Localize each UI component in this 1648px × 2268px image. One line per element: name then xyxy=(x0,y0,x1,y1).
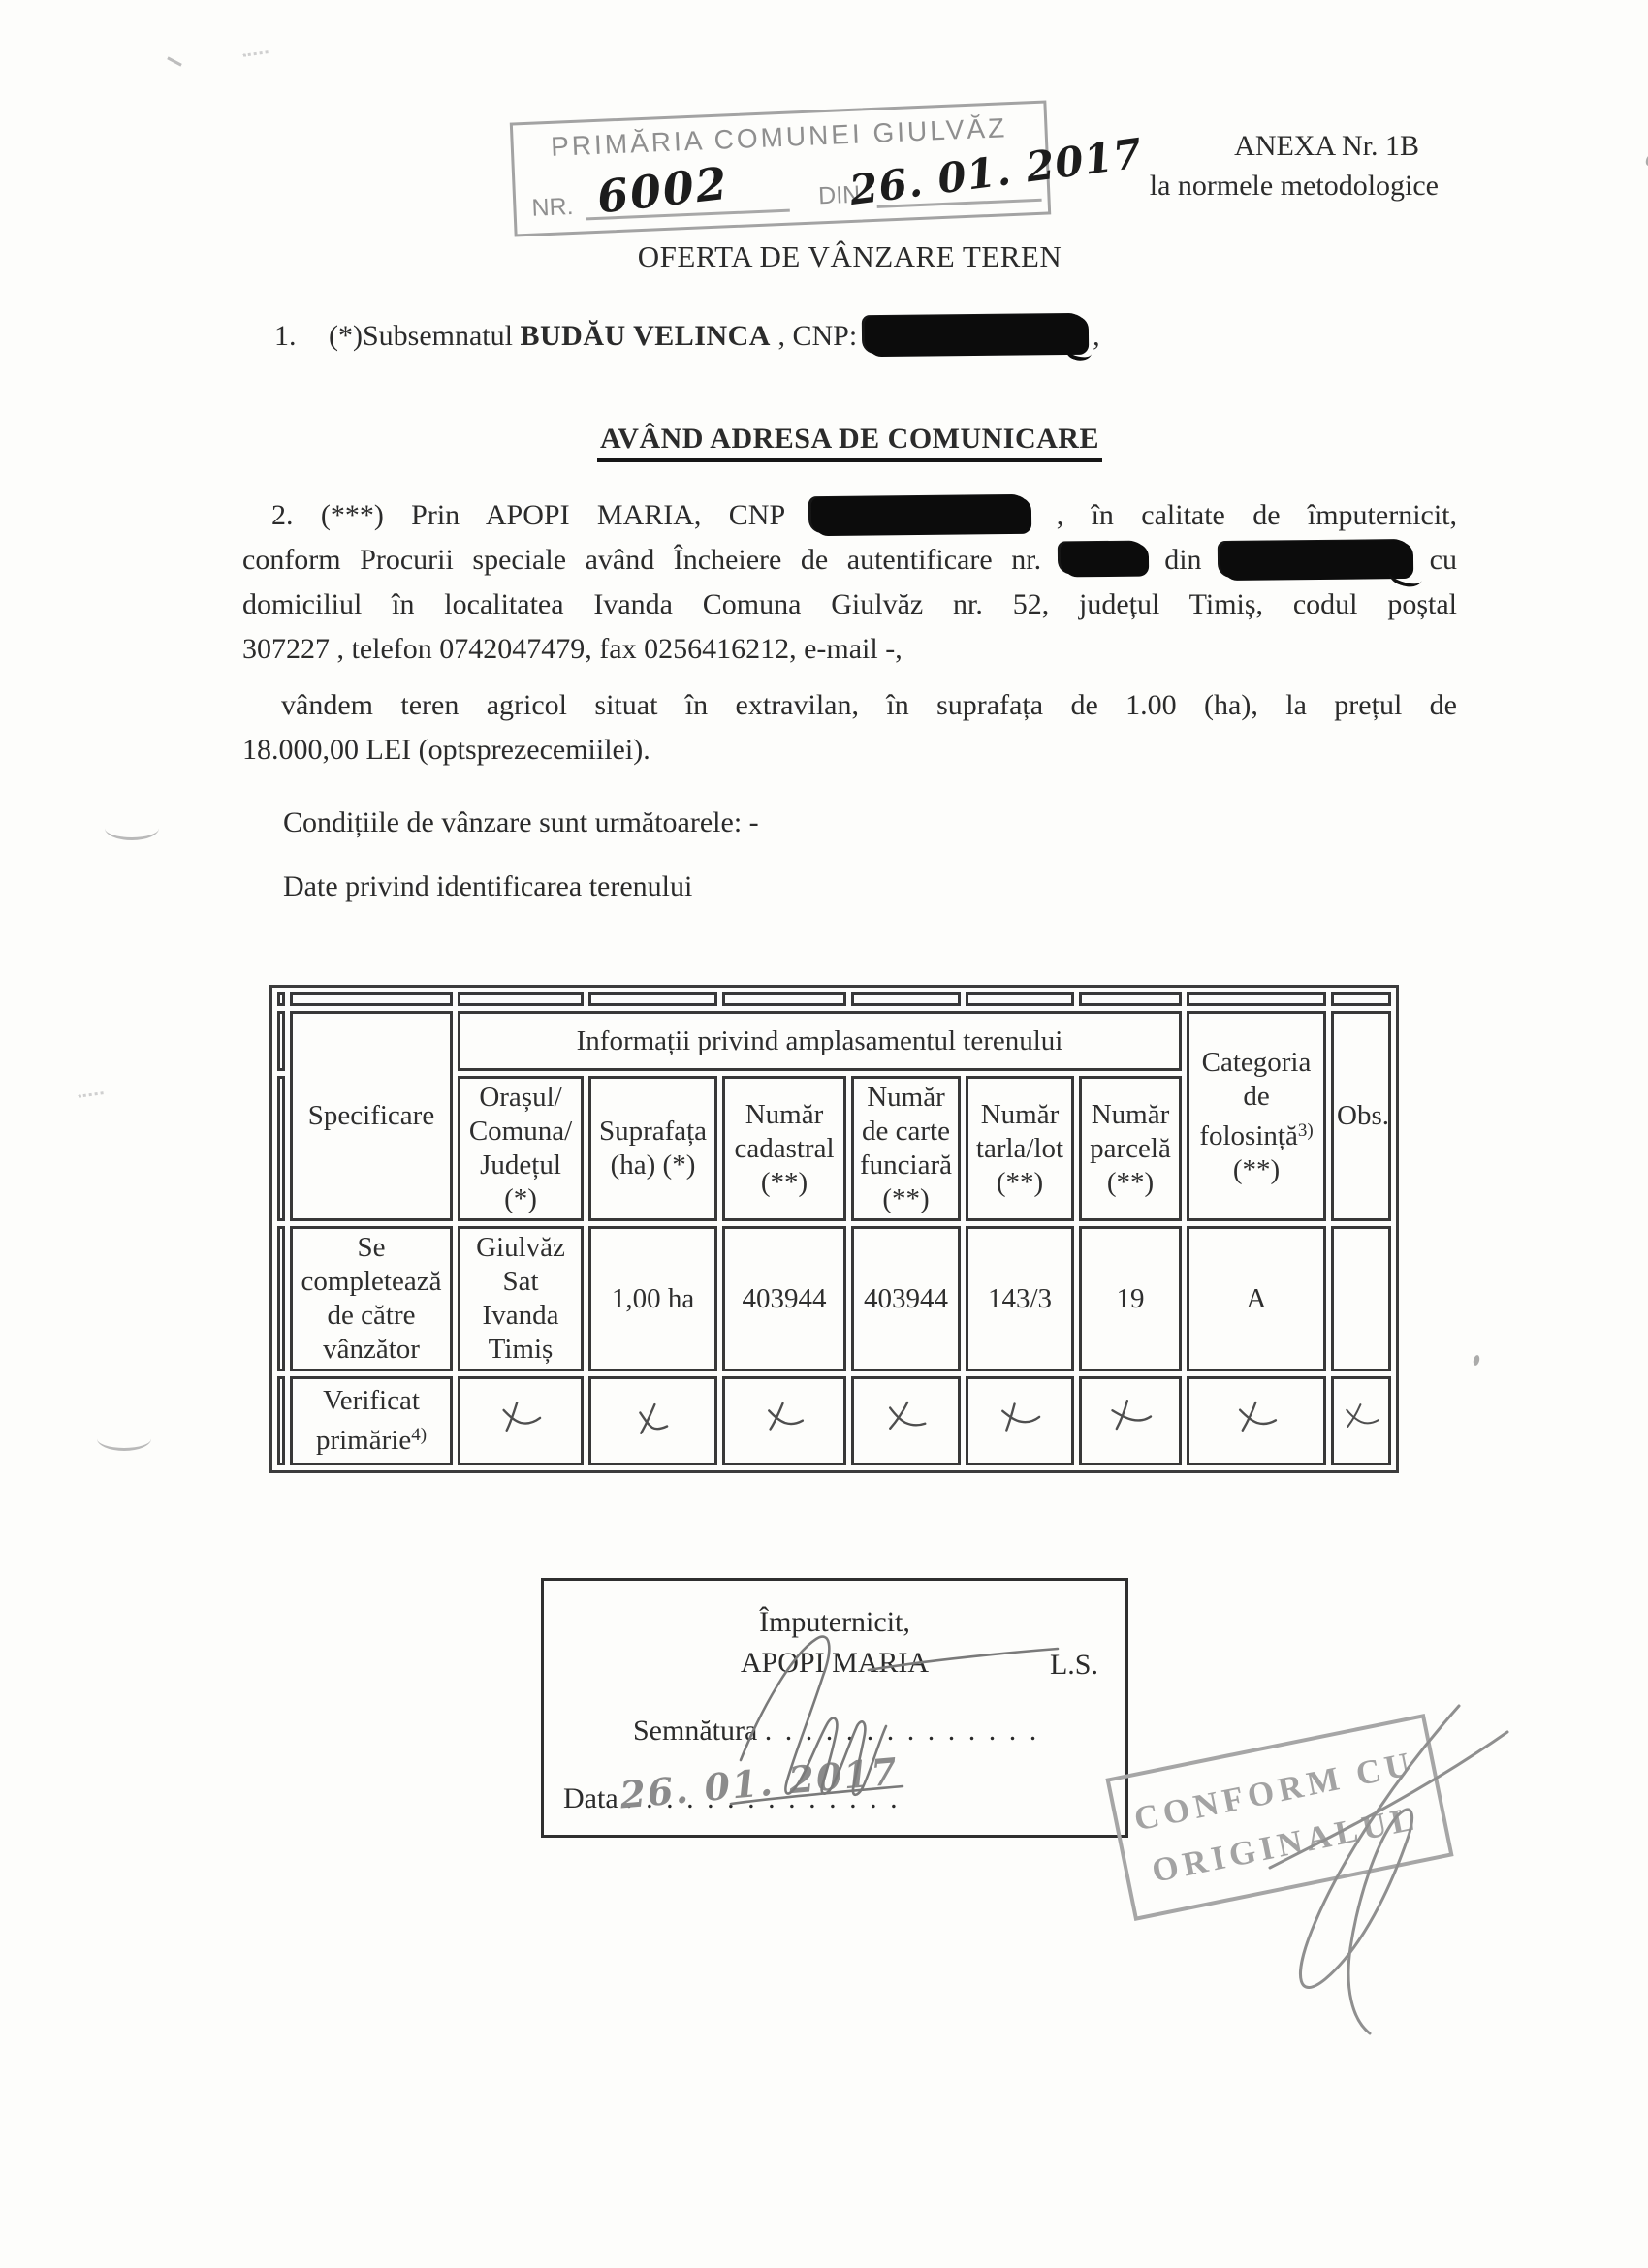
ls-seal-label: L.S. xyxy=(1050,1649,1098,1682)
table-row-seller-data: Se completează de către vânzător Giulvăz… xyxy=(277,1226,1391,1371)
table-left-border-cell xyxy=(277,1226,285,1371)
scan-artifact xyxy=(1473,1354,1480,1366)
signature-role: Împuternicit, xyxy=(544,1606,1125,1639)
semnatura-line: Semnătura . . . . . . . . . . . . . . xyxy=(633,1715,1039,1748)
table-left-border-cell xyxy=(277,1076,285,1221)
section-heading-wrap: AVÂND ADRESA DE COMUNICARE xyxy=(242,423,1457,462)
handwritten-check-icon xyxy=(1233,1399,1281,1434)
stamp-number-row: NR. DIN 6002 26. 01. 2017 xyxy=(528,154,1038,226)
item-1-line: 1. (*)Subsemnatul BUDĂU VELINCA , CNP: , xyxy=(274,315,1100,354)
p2-l1-text-post: , în calitate de împuternicit, xyxy=(1057,499,1457,531)
verify-cell xyxy=(458,1376,584,1465)
table-top-border-cell xyxy=(277,992,285,1006)
scan-artifact xyxy=(241,41,269,56)
p2-l2-din: din xyxy=(1164,544,1201,576)
semnatura-dots: . . . . . . . . . . . . . . xyxy=(765,1715,1040,1747)
item-1-number: 1. xyxy=(274,320,297,352)
paragraph-2: 2. (***) Prin APOPI MARIA, CNP , în cali… xyxy=(242,493,1457,672)
header-suprafata: Suprafața (ha) (*) xyxy=(588,1076,717,1221)
cnp-label: , CNP: xyxy=(777,320,857,352)
scan-artifact xyxy=(77,1082,104,1097)
redaction-mark-act-number xyxy=(1060,542,1145,576)
table-top-border-cell xyxy=(1331,992,1391,1006)
header-oras-comuna-judet: Orașul/ Comuna/ Județul (*) xyxy=(458,1076,584,1221)
scan-artifact xyxy=(105,816,159,840)
verify-cell xyxy=(722,1376,846,1465)
conform-stamp: CONFORM CU ORIGINALUL xyxy=(1105,1714,1453,1921)
table-top-border-cell xyxy=(458,992,584,1006)
header-numar-tarla: Număr tarla/lot (**) xyxy=(966,1076,1074,1221)
scan-artifact xyxy=(167,56,182,66)
redaction-mark-cnp-proxy xyxy=(811,495,1029,534)
land-identification-table: Specificare Informații privind amplasame… xyxy=(272,988,1396,1470)
item-1-intro: (*)Subsemnatul xyxy=(329,320,513,352)
verify-label-sup: 4) xyxy=(411,1425,427,1445)
cell-tarla: 143/3 xyxy=(966,1226,1074,1371)
proxy-name: APOPI MARIA xyxy=(741,1647,929,1679)
paragraph-2-line-3: domiciliul în localitatea Ivanda Comuna … xyxy=(242,583,1457,627)
header-categoria-label: Categoria de folosință xyxy=(1199,1047,1311,1151)
verify-cell xyxy=(1331,1376,1391,1465)
table-row-verify: Verificat primărie4) xyxy=(277,1376,1391,1465)
p2-l1-text: 2. (***) Prin APOPI MARIA, CNP xyxy=(271,499,784,531)
verify-cell xyxy=(588,1376,717,1465)
table-top-border-cell xyxy=(966,992,1074,1006)
paragraph-3-line-2: 18.000,00 LEI (optsprezecemiilei). xyxy=(242,728,1457,772)
handwritten-check-icon xyxy=(496,1398,545,1434)
signature-name-row: APOPI MARIA L.S. xyxy=(544,1647,1125,1680)
signature-block: Împuternicit, APOPI MARIA L.S. Semnătura… xyxy=(541,1578,1128,1838)
stamp-nr-label: NR. xyxy=(531,193,574,223)
table-top-border-cell xyxy=(290,992,453,1006)
cell-carte-funciara: 403944 xyxy=(851,1226,961,1371)
land-table-wrapper: Specificare Informații privind amplasame… xyxy=(269,985,1399,1473)
p2-l2-cu: cu xyxy=(1430,544,1457,576)
redaction-mark-cnp-seller xyxy=(864,314,1085,355)
cell-localitate: Giulvăz Sat Ivanda Timiș xyxy=(458,1226,584,1371)
verify-cell xyxy=(1079,1376,1182,1465)
header-obs: Obs. xyxy=(1331,1011,1391,1221)
verify-cell xyxy=(966,1376,1074,1465)
verify-row-label: Verificat primărie4) xyxy=(290,1376,453,1465)
handwritten-check-icon xyxy=(880,1396,932,1436)
header-group-amplasament: Informații privind amplasamentul terenul… xyxy=(458,1011,1182,1071)
seller-row-label: Se completează de către vânzător xyxy=(290,1226,453,1371)
cell-suprafata: 1,00 ha xyxy=(588,1226,717,1371)
table-top-border-cell xyxy=(1187,992,1326,1006)
verify-cell xyxy=(851,1376,961,1465)
data-label: Data xyxy=(563,1782,618,1814)
table-header-row-1: Specificare Informații privind amplasame… xyxy=(277,1011,1391,1071)
scanned-document-page: PRIMĂRIA COMUNEI GIULVĂZ NR. DIN 6002 26… xyxy=(0,0,1648,2268)
paragraph-2-line-1: 2. (***) Prin APOPI MARIA, CNP , în cali… xyxy=(242,493,1457,538)
seller-name: BUDĂU VELINCA xyxy=(520,320,770,352)
verify-label-text: Verificat primărie xyxy=(316,1385,420,1456)
conditions-line: Condițiile de vânzare sunt următoarele: … xyxy=(283,806,759,839)
redaction-mark-act-date xyxy=(1220,540,1410,579)
cell-categoria: A xyxy=(1187,1226,1326,1371)
paragraph-2-line-4: 307227 , telefon 0742047479, fax 0256416… xyxy=(242,627,1457,672)
table-left-border-cell xyxy=(277,1011,285,1071)
cell-obs xyxy=(1331,1226,1391,1371)
annex-reference: ANEXA Nr. 1B la normele metodologice xyxy=(1066,126,1439,205)
table-top-border-cell xyxy=(851,992,961,1006)
section-heading: AVÂND ADRESA DE COMUNICARE xyxy=(597,423,1102,462)
table-caption: Date privind identificarea terenului xyxy=(283,870,692,903)
paragraph-2-line-2: conform Procurii speciale având Încheier… xyxy=(242,538,1457,583)
annex-subtitle: la normele metodologice xyxy=(1066,166,1439,205)
header-categoria-note: (**) xyxy=(1192,1153,1320,1187)
table-top-border-cell xyxy=(722,992,846,1006)
handwritten-check-icon xyxy=(995,1397,1045,1436)
table-left-border-cell xyxy=(277,1376,285,1465)
verify-cell xyxy=(1187,1376,1326,1465)
document-title: OFERTA DE VÂNZARE TEREN xyxy=(242,239,1457,274)
handwritten-check-icon xyxy=(760,1399,808,1435)
header-numar-parcela: Număr parcelă (**) xyxy=(1079,1076,1182,1221)
handwritten-check-icon xyxy=(1340,1400,1381,1433)
paragraph-3-line-1: vândem teren agricol situat în extravila… xyxy=(242,683,1457,728)
header-numar-carte-funciara: Număr de carte funciară (**) xyxy=(851,1076,961,1221)
scan-artifact xyxy=(97,1427,151,1451)
header-specificare: Specificare xyxy=(290,1011,453,1221)
handwritten-check-icon xyxy=(1106,1396,1155,1433)
header-numar-cadastral: Număr cadastral (**) xyxy=(722,1076,846,1221)
header-categoria-sup: 3) xyxy=(1298,1120,1314,1141)
table-top-border-cell xyxy=(1079,992,1182,1006)
table-top-border-cell xyxy=(588,992,717,1006)
header-categoria: Categoria de folosință3) (**) xyxy=(1187,1011,1326,1221)
semnatura-label: Semnătura xyxy=(633,1715,757,1747)
paragraph-3: vândem teren agricol situat în extravila… xyxy=(242,683,1457,772)
annex-number: ANEXA Nr. 1B xyxy=(1066,126,1439,166)
registration-stamp: PRIMĂRIA COMUNEI GIULVĂZ NR. DIN 6002 26… xyxy=(510,100,1051,236)
table-top-border-row xyxy=(277,992,1391,1006)
p2-l2-text: conform Procurii speciale având Încheier… xyxy=(242,544,1041,576)
cell-parcela: 19 xyxy=(1079,1226,1182,1371)
cell-numar-cadastral: 403944 xyxy=(722,1226,846,1371)
handwritten-check-icon xyxy=(627,1400,678,1439)
